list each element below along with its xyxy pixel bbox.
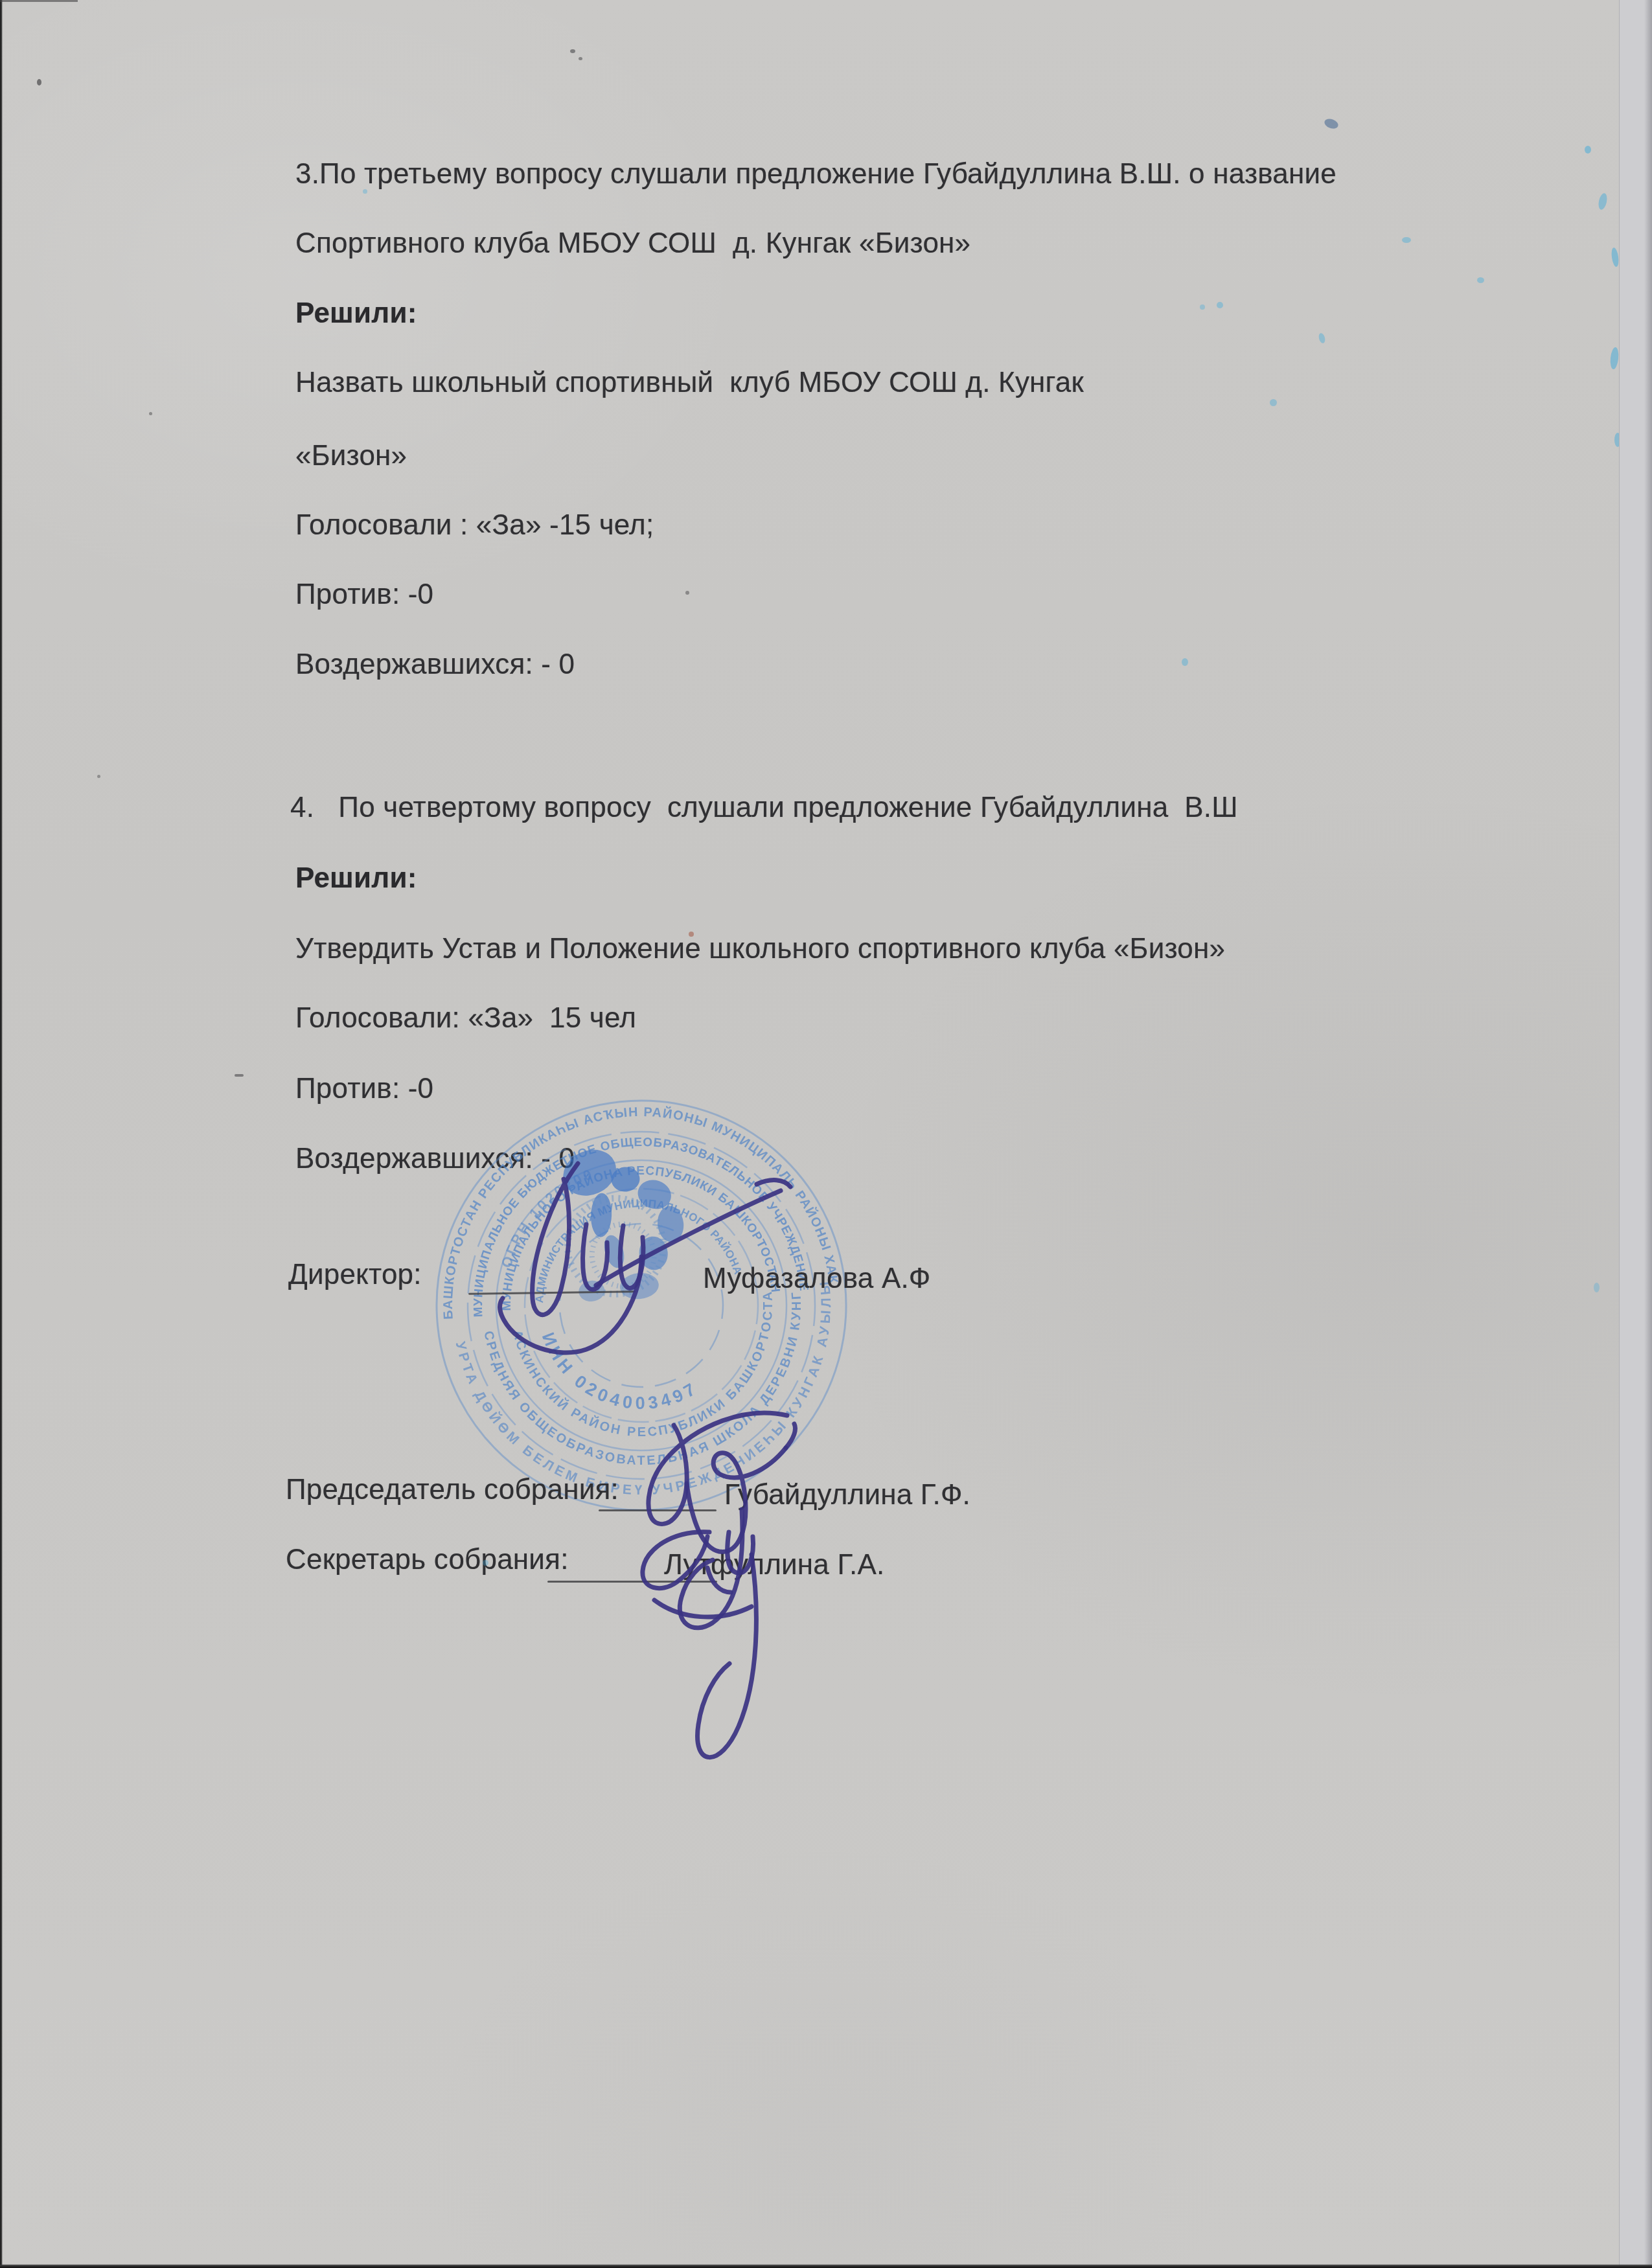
- scan-top-edge: [0, 0, 78, 2]
- chairman-signature: [648, 1413, 796, 1628]
- scan-right-edge: [1644, 0, 1652, 2268]
- scan-bottom-edge: [0, 2264, 1652, 2268]
- scan-left-edge: [0, 0, 3, 2268]
- scanned-document-page: 3.По третьему вопросу слушали предложени…: [0, 0, 1652, 2268]
- director-signature: [500, 1163, 790, 1353]
- handwritten-signatures: [0, 0, 1652, 2268]
